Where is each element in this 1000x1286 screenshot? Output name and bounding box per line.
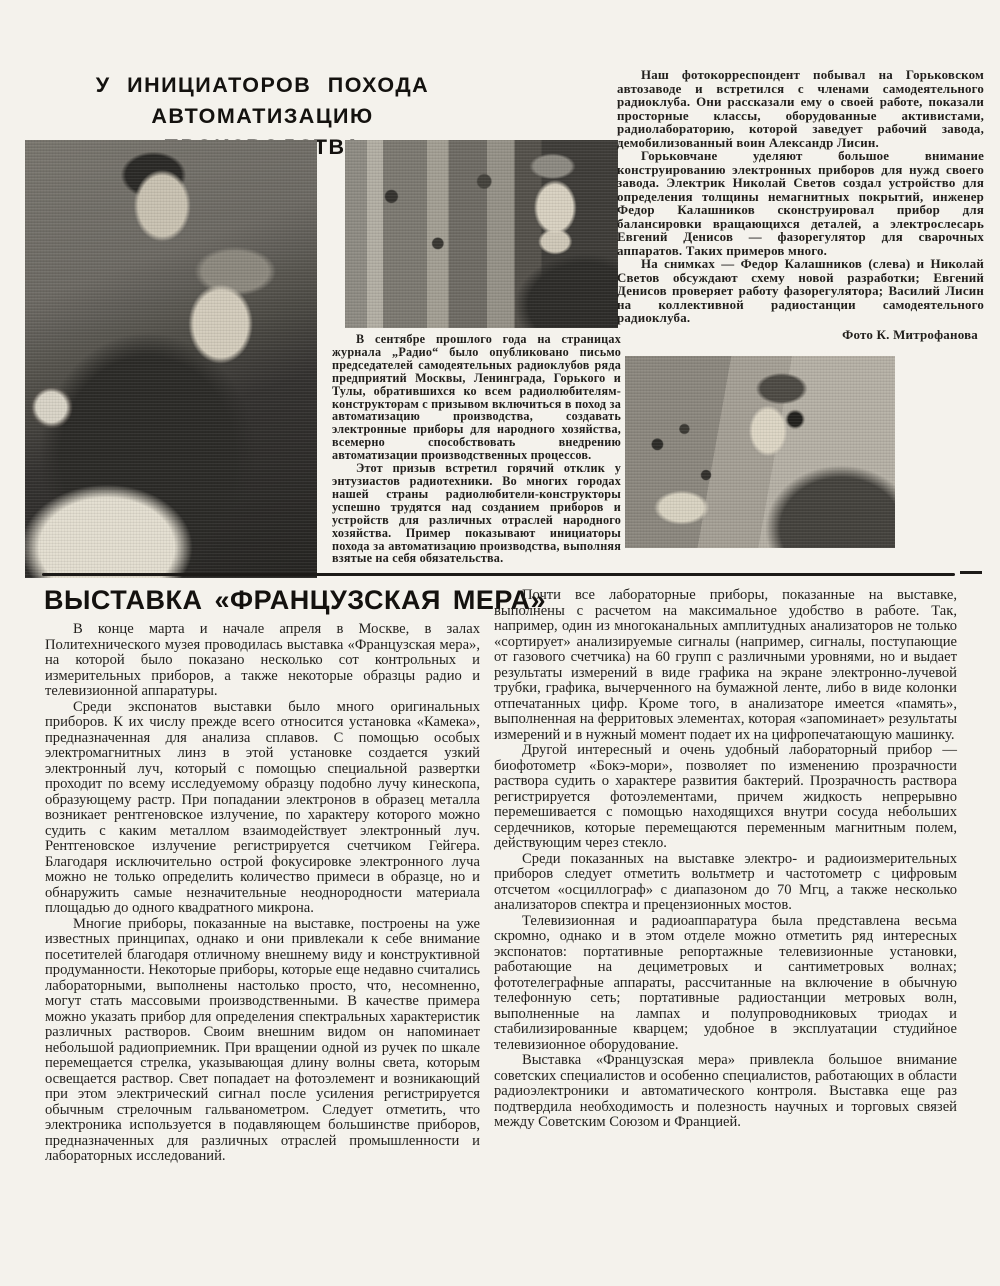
article-paragraph: Телевизионная и радиоаппаратура была пре…: [494, 914, 957, 1054]
magazine-page: У ИНИЦИАТОРОВ ПОХОДА АВТОМАТИЗАЦИЮ ПРОИЗ…: [0, 0, 1000, 1286]
section-divider-dash: [960, 571, 982, 574]
article-right-column: Почти все лабораторные приборы, показанн…: [494, 588, 957, 1131]
article-paragraph: Почти все лабораторные приборы, показанн…: [494, 588, 957, 743]
report-paragraph: На снимках — Федор Калашников (слева) и …: [617, 258, 984, 326]
headline-line-1: У ИНИЦИАТОРОВ ПОХОДА АВТОМАТИЗАЦИЮ: [50, 70, 475, 132]
lead-text-column: В сентябре прошлого года на страницах жу…: [332, 333, 621, 565]
photo-denisov-phase-regulator: [345, 140, 618, 328]
section-divider-rule: [42, 573, 955, 576]
article-paragraph: Среди показанных на выставке электро- и …: [494, 852, 957, 914]
article-paragraph: Среди экспонатов выставки было много ори…: [45, 700, 480, 917]
photo-lisin-radio-station: [625, 356, 895, 548]
article-paragraph: В конце марта и начале апреля в Москве, …: [45, 622, 480, 700]
photo-report-column: Наш фотокорреспондент побывал на Горьков…: [617, 69, 984, 341]
lead-paragraph: Этот призыв встретил горячий отклик у эн…: [332, 462, 621, 565]
report-paragraph: Горьковчане уделяют большое внимание кон…: [617, 150, 984, 258]
photo-credit: Фото К. Митрофанова: [617, 328, 984, 342]
article-title: ВЫСТАВКА «ФРАНЦУЗСКАЯ МЕРА»: [44, 584, 472, 616]
photo-kalashnikov-and-svetov: [25, 140, 317, 578]
article-left-column: В конце марта и начале апреля в Москве, …: [45, 622, 480, 1165]
article-paragraph: Многие приборы, показанные на выставке, …: [45, 917, 480, 1165]
article-paragraph: Выставка «Французская мера» привлекла бо…: [494, 1053, 957, 1131]
report-paragraph: Наш фотокорреспондент побывал на Горьков…: [617, 69, 984, 150]
lead-paragraph: В сентябре прошлого года на страницах жу…: [332, 333, 621, 462]
article-paragraph: Другой интересный и очень удобный лабора…: [494, 743, 957, 852]
